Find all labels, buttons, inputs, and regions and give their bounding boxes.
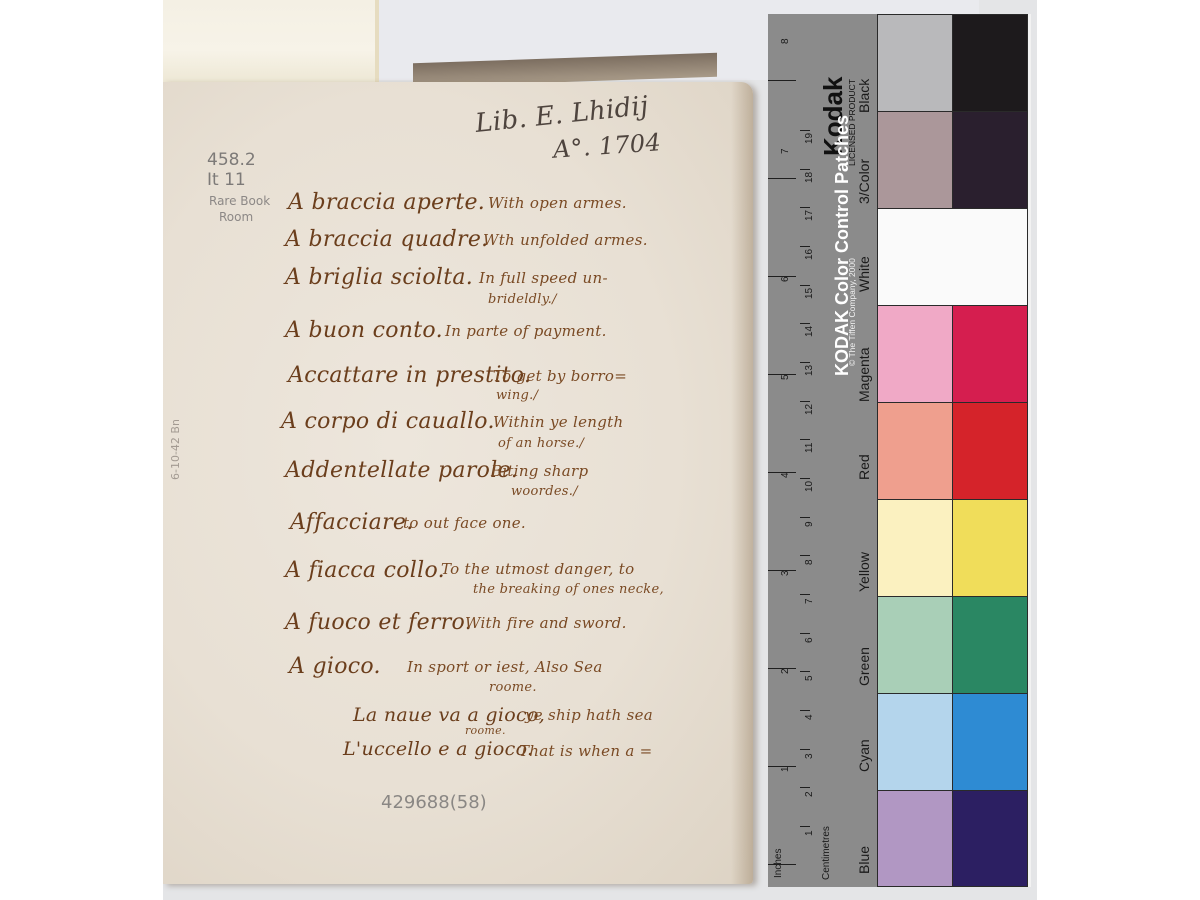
entry-italian: A briglia sciolta. [285,265,473,290]
cm-label: 18 [804,172,815,183]
cm-tick [800,401,810,402]
inch-label: 8 [780,38,791,44]
cm-tick [800,671,810,672]
inches-unit-label: Inches [773,849,784,878]
cm-tick [800,478,810,479]
shelfmark-line3: Rare Book [209,194,270,208]
entry-italian: Addentellate parole. [285,458,518,483]
centimetres-unit-label: Centimetres [821,826,832,880]
patch-magenta-light [877,305,953,403]
book-spine-backing [163,0,379,84]
entry-continuation: roome. [489,680,537,695]
inch-label: 3 [780,570,791,576]
entry-continuation: roome. [465,724,506,737]
cm-label: 8 [804,559,815,565]
cm-label: 12 [804,404,815,415]
cm-label: 11 [804,443,815,453]
cm-label: 10 [804,481,815,492]
entry-english: Wth unfolded armes. [483,231,648,249]
cm-tick [800,633,810,634]
patch-red-dark [952,402,1028,500]
cm-label: 6 [804,637,815,643]
scanned-image: Lib. E. Lhidij A°. 1704 458.2 It 11 Rare… [163,0,1037,900]
cm-tick [800,517,810,518]
patch-yellow-dark [952,499,1028,597]
shelfmark-line4: Room [219,210,253,224]
cm-tick [800,246,810,247]
cm-label: 1 [804,830,815,836]
patch-label-black: Black [856,79,872,113]
cm-label: 5 [804,675,815,681]
manuscript-page: Lib. E. Lhidij A°. 1704 458.2 It 11 Rare… [163,82,753,884]
entry-italian: La naue va a gioco, [353,704,545,726]
entry-italian: A buon conto. [285,318,443,343]
accession-number: 429688(58) [381,792,487,813]
inch-label: 2 [780,668,791,674]
entry-english: With open armes. [488,194,627,212]
cm-label: 13 [804,365,815,376]
patch-magenta-dark [952,305,1028,403]
patch-blue-light [877,790,953,887]
patch-blue-dark [952,790,1028,887]
entry-italian: A gioco. [289,654,381,679]
cm-tick [800,594,810,595]
patch-label-green: Green [856,647,872,686]
entry-continuation: brideldly./ [488,292,557,307]
cm-tick [800,285,810,286]
entry-italian: L'uccello e a gioco. [343,738,533,760]
cm-tick [800,169,810,170]
patch-black-light [877,14,953,112]
patch-label-white: White [856,256,872,292]
cm-label: 3 [804,753,815,759]
inch-label: 7 [780,148,791,154]
patch-label-yellow: Yellow [856,552,872,592]
patch-cyan-dark [952,693,1028,791]
cm-label: 2 [804,791,815,797]
margin-pencil-date: 6-10-42 Bn [169,419,182,480]
cm-tick [800,323,810,324]
entry-english: That is when a = [519,742,653,760]
cm-label: 17 [804,210,815,221]
cm-tick [800,826,810,827]
entry-english: In sport or iest, Also Sea [407,658,603,676]
cm-label: 16 [804,249,815,260]
patch-green-light [877,596,953,694]
inch-tick [768,178,796,179]
patch-label-magenta: Magenta [856,348,872,402]
entry-italian: A fiacca collo. [285,558,445,583]
entry-english: To the utmost danger, to [441,560,634,578]
cm-label: 4 [804,714,815,720]
cm-tick [800,787,810,788]
patch-cyan-light [877,693,953,791]
cm-label: 15 [804,288,815,299]
entry-english: In full speed un- [479,269,608,287]
entry-english: Within ye length [493,413,623,431]
patch-label-blue: Blue [856,846,872,874]
patch-red-light [877,402,953,500]
shelfmark-line2: It 11 [207,170,246,190]
kodak-color-control-card: 1 2 3 4 5 6 7 8 Inches [768,14,1031,887]
cm-tick [800,362,810,363]
entry-english: To get by borro= [493,367,627,385]
cm-label: 7 [804,598,815,604]
entry-italian: A fuoco et ferro. [285,610,472,635]
entry-continuation: the breaking of ones necke, [473,582,664,597]
cm-label: 19 [804,133,815,144]
cm-tick [800,710,810,711]
entry-continuation: wing./ [496,388,538,403]
patch-3color-dark [952,111,1028,209]
entry-italian: A braccia aperte. [288,190,485,215]
entry-italian: A corpo di cauallo. [281,409,495,434]
shelfmark-line1: 458.2 [207,150,256,170]
inch-label: 1 [780,766,791,772]
entry-english: Biting sharp [491,462,588,480]
entry-english: ye ship hath sea [525,706,653,724]
patch-3color-light [877,111,953,209]
cm-tick [800,130,810,131]
inch-label: 5 [780,374,791,380]
patch-label-cyan: Cyan [856,739,872,772]
patch-label-red: Red [856,454,872,480]
patch-yellow-light [877,499,953,597]
cm-label: 14 [804,326,815,337]
patch-green-dark [952,596,1028,694]
ruler-strip: 1 2 3 4 5 6 7 8 Inches [768,14,878,887]
entry-english: to out face one. [403,514,526,532]
entry-italian: A braccia quadre. [285,227,488,252]
entry-english: With fire and sword. [465,614,627,632]
ownership-inscription-line2: A°. 1704 [552,128,662,163]
cm-tick [800,749,810,750]
patch-white [877,208,1028,306]
inch-tick [768,80,796,81]
cm-tick [800,555,810,556]
entry-continuation: woordes./ [511,484,578,499]
inch-label: 4 [780,472,791,478]
patch-black-dark [952,14,1028,112]
entry-english: In parte of payment. [445,322,607,340]
cm-tick [800,439,810,440]
inch-label: 6 [780,276,791,282]
entry-continuation: of an horse./ [498,436,584,451]
entry-italian: Affacciare. [290,510,414,535]
cm-label: 9 [804,521,815,527]
cm-tick [800,207,810,208]
patch-label-3color: 3/Color [856,159,872,204]
